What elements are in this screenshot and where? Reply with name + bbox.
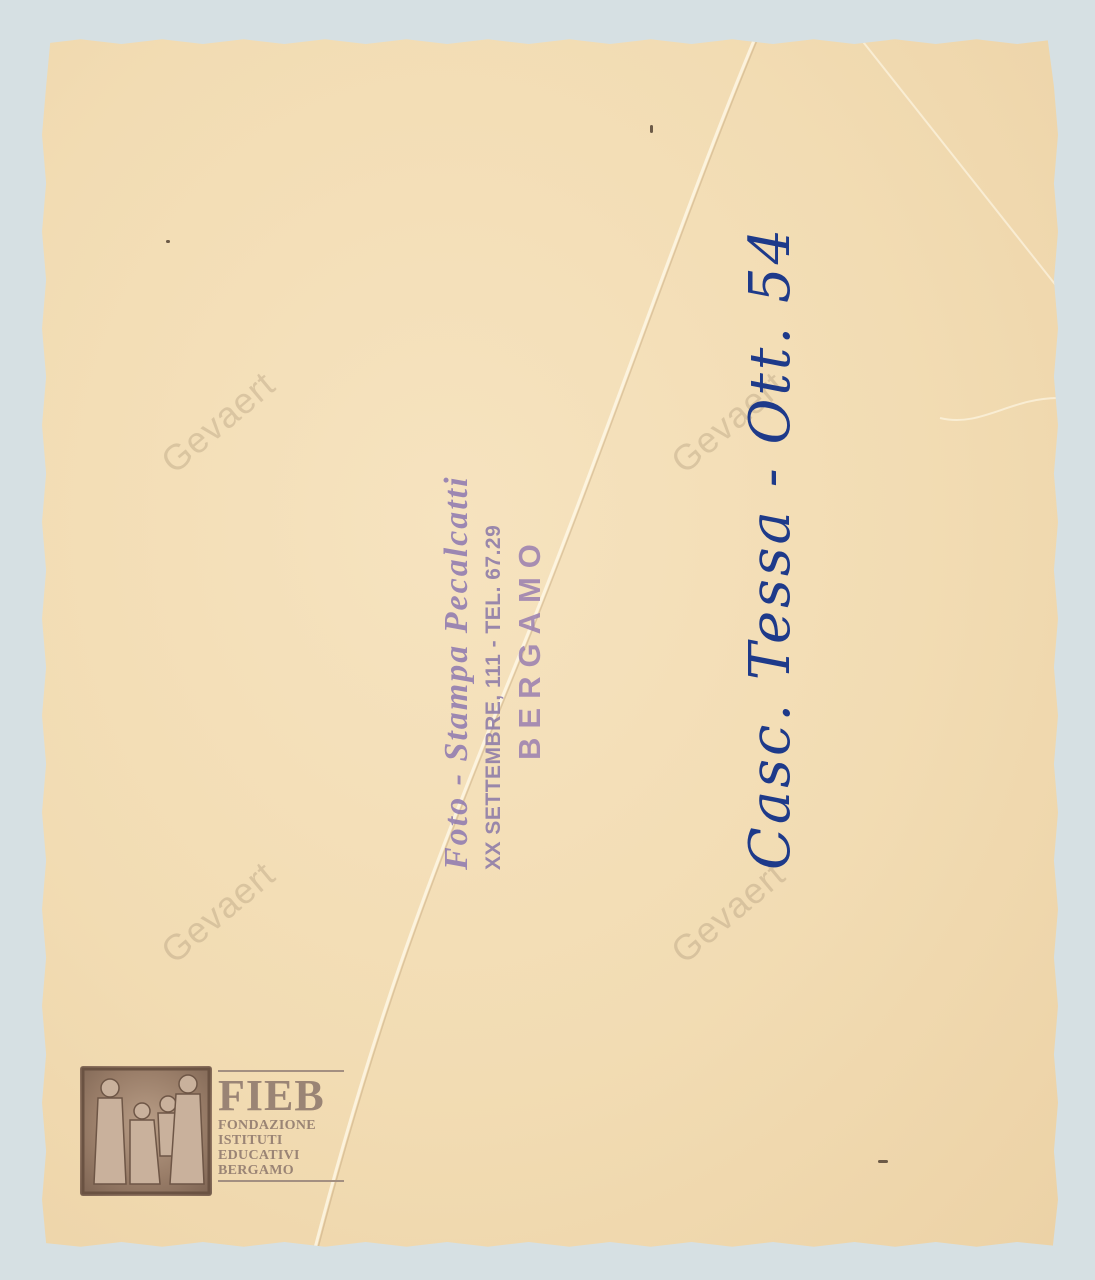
logo-line: ISTITUTI bbox=[218, 1133, 344, 1148]
logo-line: EDUCATIVI bbox=[218, 1148, 344, 1163]
stamp-address: XX SETTEMBRE, 111 - TEL. 67.29 bbox=[482, 170, 506, 870]
handwritten-annotation: Casc. Tessa - Ott. 54 bbox=[738, 170, 803, 870]
logo-text: FIEB FONDAZIONE ISTITUTI EDUCATIVI BERGA… bbox=[218, 1068, 344, 1184]
logo-line: FONDAZIONE bbox=[218, 1118, 344, 1133]
paper-speck bbox=[878, 1160, 888, 1163]
logo-line: BERGAMO bbox=[218, 1163, 344, 1178]
logo-rule bbox=[218, 1180, 344, 1182]
relief-sculpture-icon bbox=[80, 1066, 212, 1196]
paper-speck bbox=[650, 125, 653, 133]
photographer-stamp: Foto - Stampa Pecalcatti XX SETTEMBRE, 1… bbox=[438, 170, 548, 870]
paper-speck bbox=[166, 240, 170, 243]
fieb-logo: FIEB FONDAZIONE ISTITUTI EDUCATIVI BERGA… bbox=[80, 1066, 345, 1198]
stamp-studio-name: Foto - Stampa Pecalcatti bbox=[438, 170, 476, 870]
stamp-city: BERGAMO bbox=[512, 170, 548, 760]
logo-acronym: FIEB bbox=[218, 1074, 344, 1118]
